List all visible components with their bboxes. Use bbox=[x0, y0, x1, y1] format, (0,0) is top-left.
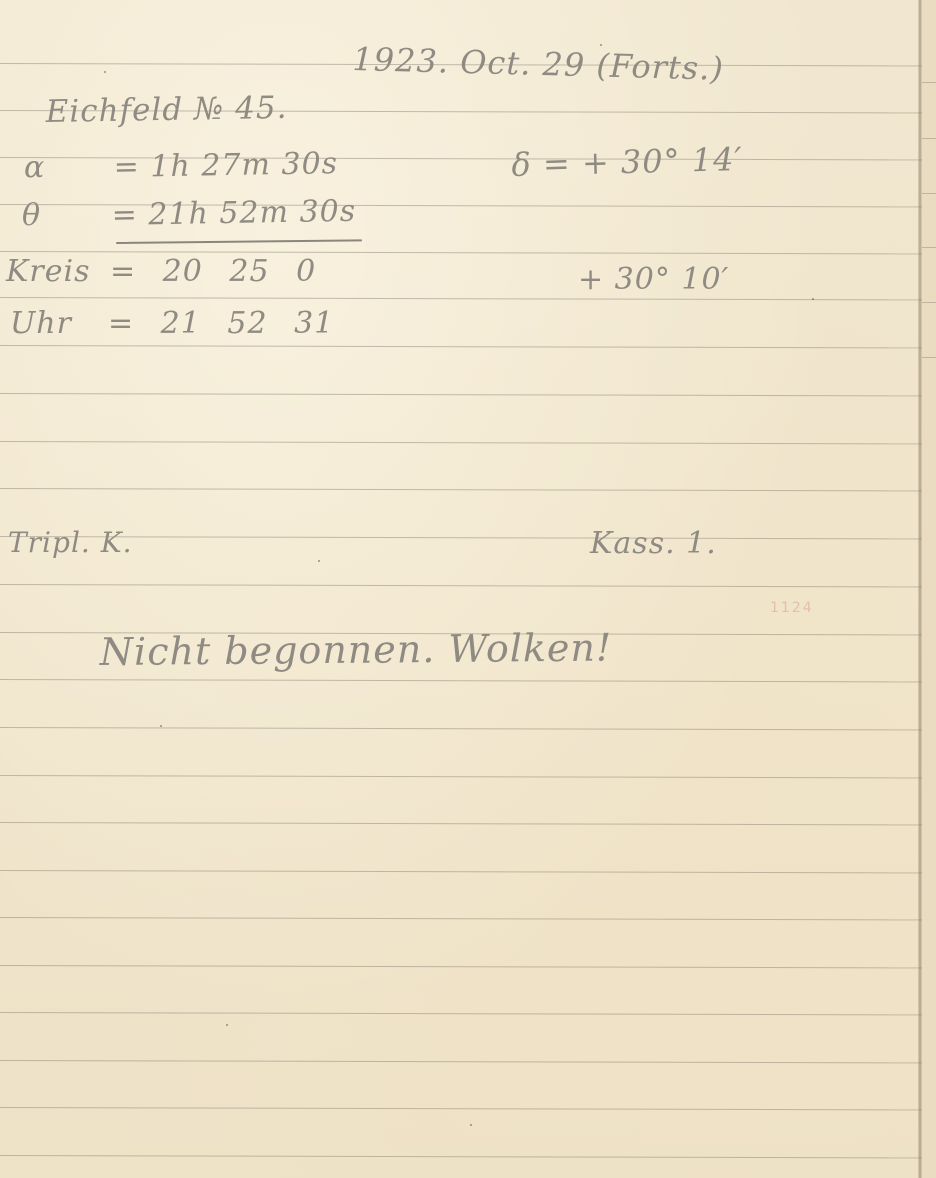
alpha-value: = 1h 27m 30s bbox=[113, 146, 338, 185]
ruled-line bbox=[0, 1012, 922, 1015]
theta-value: = 21h 52m 30s bbox=[111, 194, 356, 233]
ruled-line bbox=[0, 917, 922, 920]
cassette-label: Kass. 1. bbox=[590, 526, 717, 561]
ruled-line bbox=[0, 679, 922, 682]
page-gutter bbox=[918, 0, 922, 1178]
ruled-line bbox=[0, 775, 922, 778]
ruled-line bbox=[0, 536, 922, 539]
field-title: Eichfeld № 45. bbox=[45, 90, 287, 130]
ruled-line bbox=[0, 488, 922, 491]
paper-speck bbox=[470, 1124, 472, 1126]
ruled-line bbox=[0, 1107, 922, 1110]
ruled-line bbox=[0, 584, 922, 587]
uhr-value: = 21 52 31 bbox=[108, 306, 334, 341]
adjacent-ruled-line bbox=[922, 82, 936, 83]
kreis-value: = 20 25 0 bbox=[110, 254, 316, 289]
bleed-through-mark: 1124 bbox=[770, 600, 814, 616]
paper-speck bbox=[226, 1024, 228, 1026]
entry-date: 1923. Oct. 29 (Forts.) bbox=[352, 40, 724, 88]
adjacent-ruled-line bbox=[922, 302, 936, 303]
kreis-label: Kreis bbox=[6, 254, 91, 289]
paper-speck bbox=[160, 725, 162, 727]
uhr-label: Uhr bbox=[10, 306, 72, 341]
adjacent-ruled-line bbox=[922, 357, 936, 358]
ruled-line bbox=[0, 822, 922, 825]
adjacent-ruled-line bbox=[922, 193, 936, 194]
kreis-declination: + 30° 10′ bbox=[578, 262, 729, 297]
declination-value: δ = + 30° 14′ bbox=[511, 140, 743, 184]
ruled-line bbox=[0, 870, 922, 873]
paper-speck bbox=[600, 44, 602, 46]
ruled-line bbox=[0, 393, 922, 396]
ruled-line bbox=[0, 441, 922, 444]
ruled-line bbox=[0, 297, 922, 300]
alpha-label: α bbox=[24, 150, 45, 185]
ruled-line bbox=[0, 965, 922, 968]
notebook-page: 1923. Oct. 29 (Forts.) Eichfeld № 45. α … bbox=[0, 0, 936, 1178]
adjacent-ruled-line bbox=[922, 138, 936, 139]
ruled-line bbox=[0, 1155, 922, 1158]
sum-underline bbox=[116, 239, 362, 244]
paper-speck bbox=[104, 71, 106, 73]
adjacent-page-edge bbox=[922, 0, 936, 1178]
adjacent-ruled-line bbox=[922, 247, 936, 248]
ruled-line bbox=[0, 727, 922, 730]
paper-speck bbox=[812, 298, 814, 300]
instrument-label: Tripl. K. bbox=[8, 526, 133, 559]
ruled-line bbox=[0, 1060, 922, 1063]
observation-note: Nicht begonnen. Wolken! bbox=[100, 626, 613, 674]
paper-speck bbox=[318, 560, 320, 562]
ruled-line bbox=[0, 345, 922, 348]
theta-label: θ bbox=[22, 198, 41, 233]
